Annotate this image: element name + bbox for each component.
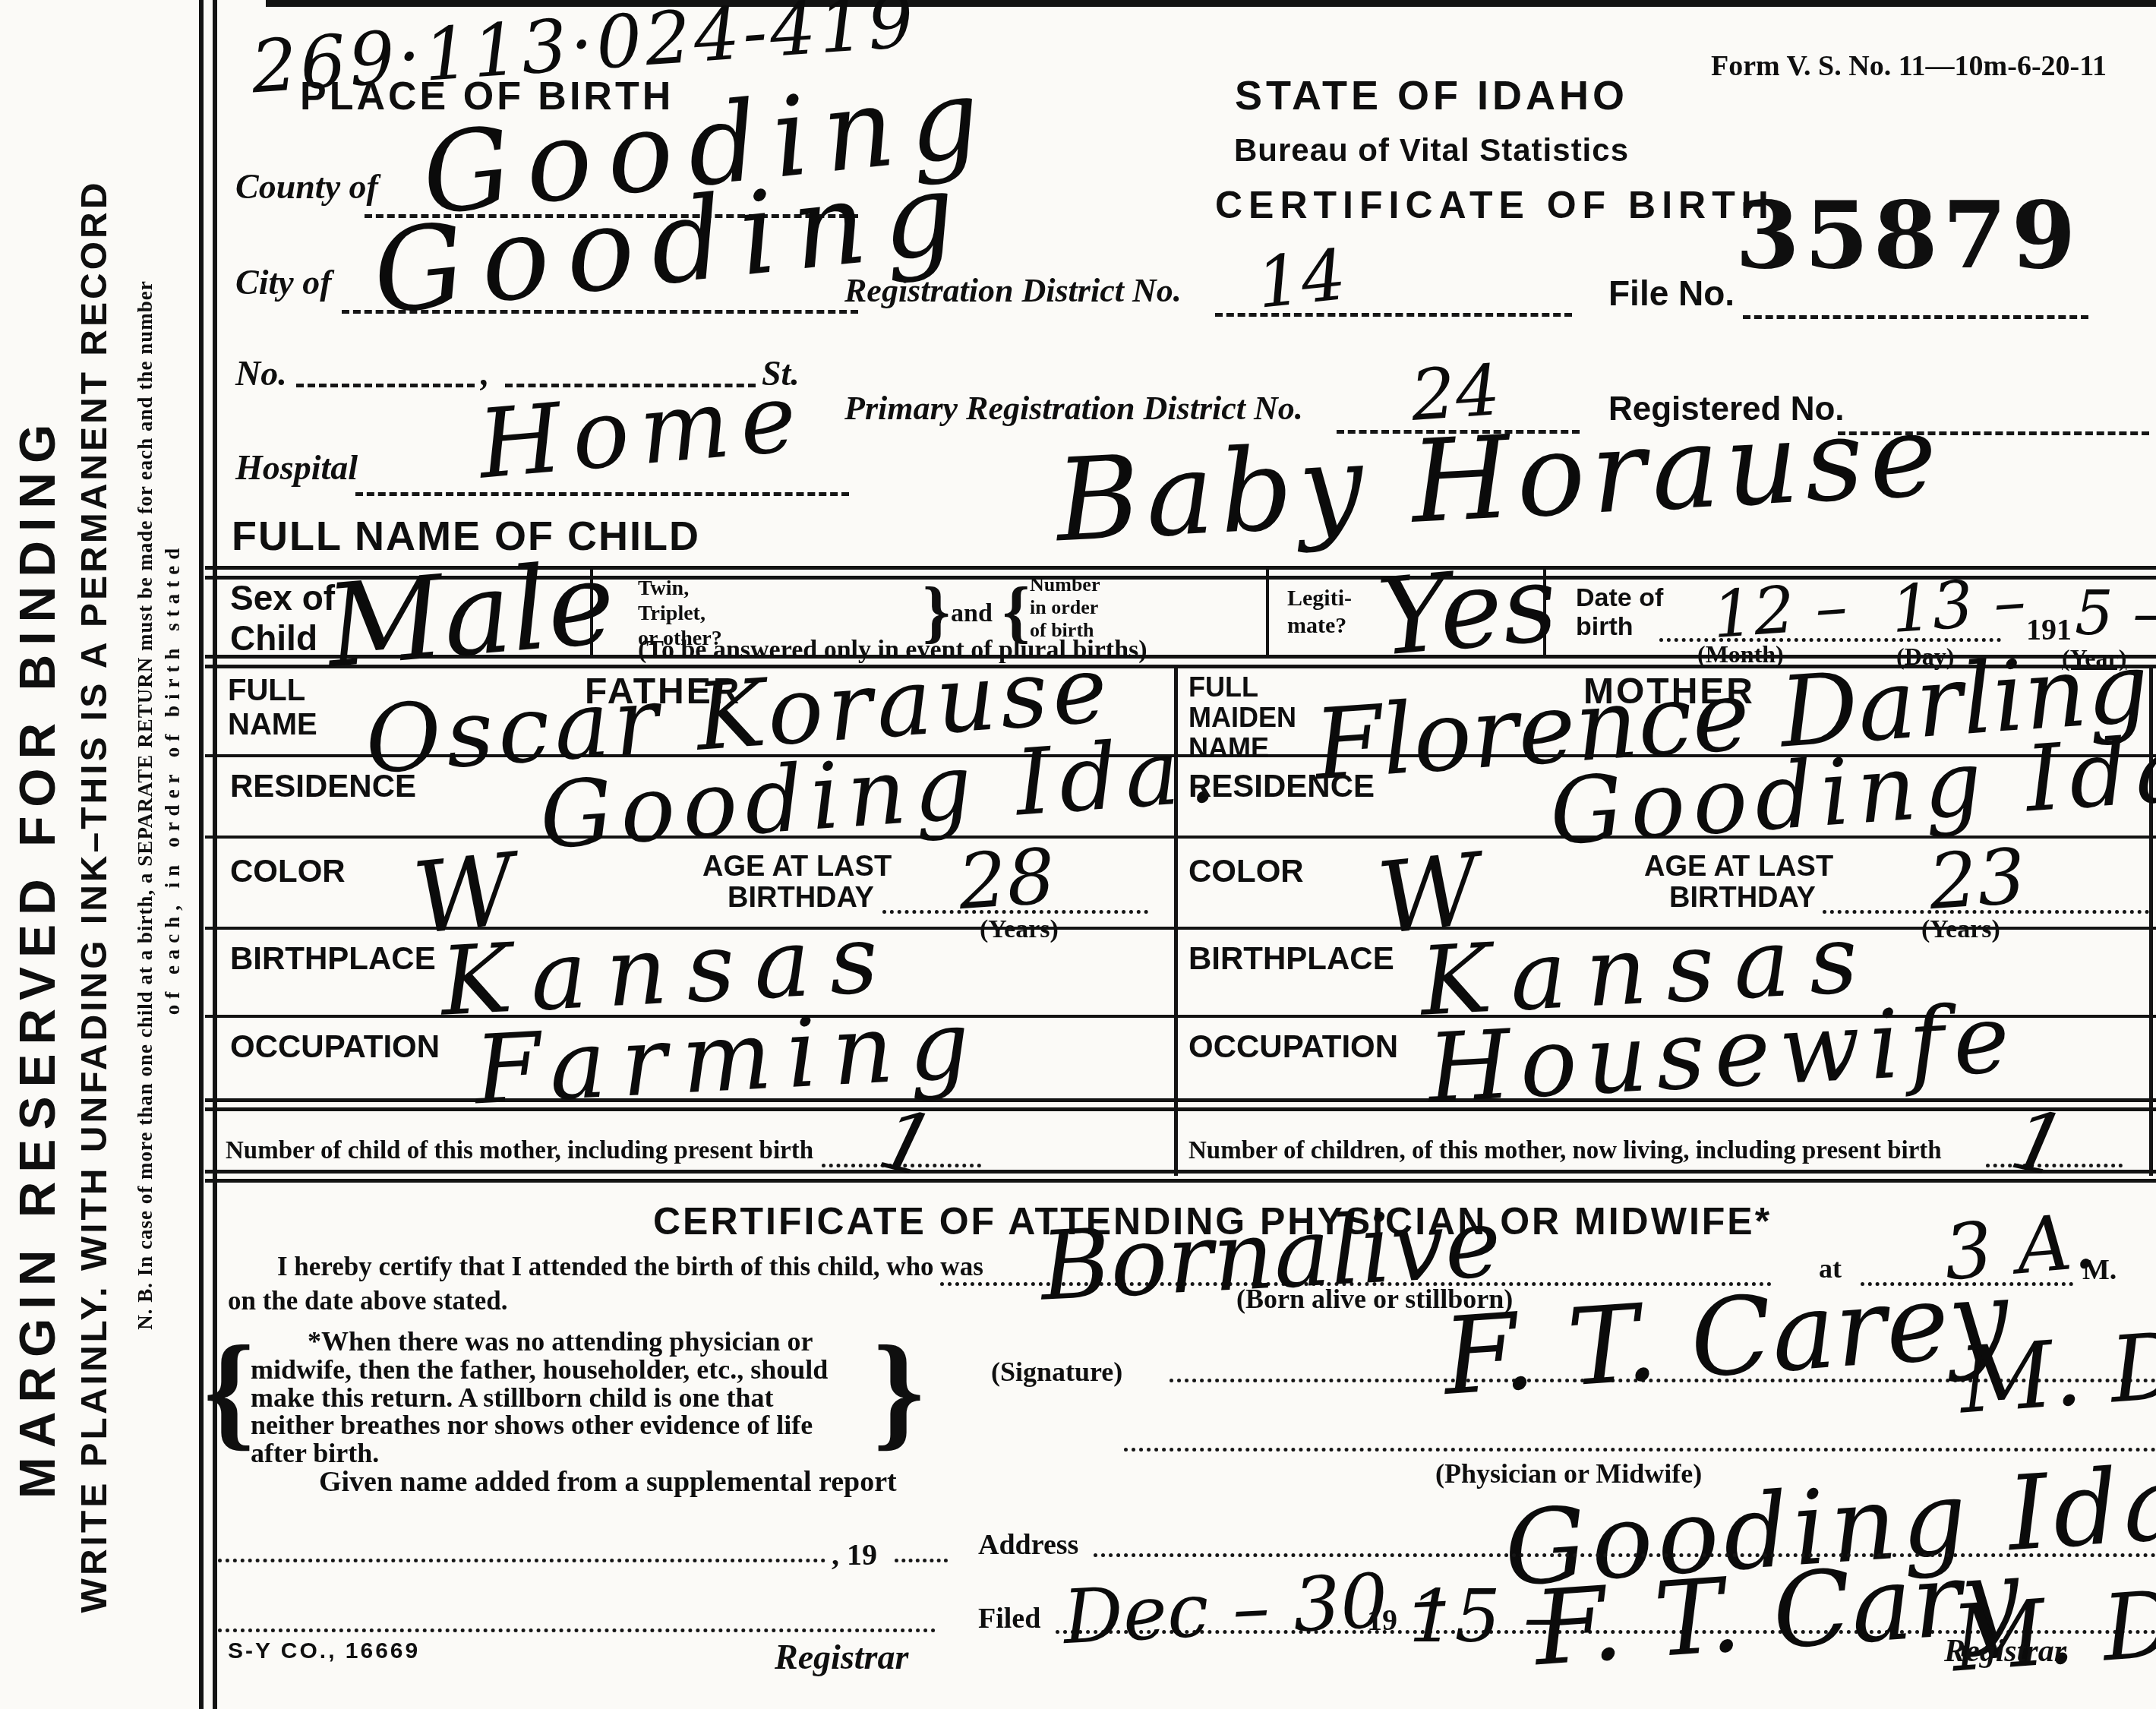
father-years-caption: (Years) (980, 916, 1059, 943)
physician-midwife-line (1124, 1448, 2156, 1452)
margin-note-binding: MARGIN RESERVED FOR BINDING (11, 235, 72, 1679)
note-brace-open: { (204, 1323, 254, 1459)
street-no-label: No. (235, 355, 287, 392)
note-line5: after birth. (251, 1439, 379, 1468)
street-comma: , (481, 355, 490, 392)
father-full-name-label-line1: FULL (228, 674, 305, 706)
note-line4: neither breathes nor shows other evidenc… (251, 1411, 813, 1440)
legitimate-label-line1: Legiti- (1287, 586, 1352, 611)
registered-no-label: Registered No. (1608, 392, 1845, 427)
mother-color-label: COLOR (1188, 854, 1304, 888)
cell-divider (1266, 568, 1269, 658)
birth-certificate-scan: MARGIN RESERVED FOR BINDING WRITE PLAINL… (0, 0, 2156, 1709)
year-blank-line (895, 1559, 948, 1562)
sex-of-child-value: Male (322, 546, 619, 685)
printer-code: S-Y CO., 16669 (228, 1639, 420, 1663)
filed-year-printed: 19 (1367, 1604, 1397, 1636)
mother-maiden-name-label-line3: NAME (1188, 734, 1269, 763)
certificate-title: CERTIFICATE OF BIRTH (1215, 185, 1648, 226)
registrar-right-label: Registrar (1944, 1635, 2066, 1668)
date-of-birth-label-line2: birth (1576, 614, 1634, 641)
file-stamp-number: 35879 (1735, 186, 2080, 283)
margin-note-permanent-record: WRITE PLAINLY. WITH UNFADING INK–THIS IS… (76, 80, 122, 1709)
registrar-signature-md: M. D. (1949, 1578, 2156, 1686)
mother-maiden-name-label-line1: FULL (1188, 673, 1258, 702)
twin-label-line1: Twin, (638, 577, 689, 599)
legitimate-value: Yes (1374, 551, 1561, 672)
signature-caption: (Signature) (991, 1358, 1122, 1387)
number-in-order-line2: in order (1030, 597, 1098, 618)
mother-years-caption: (Years) (1921, 916, 2000, 943)
father-age-value: 28 (956, 839, 1058, 921)
sex-of-child-label-line1: Sex of (230, 580, 335, 616)
date-stated-statement: on the date above stated. (228, 1287, 507, 1316)
mother-birthplace-label: BIRTHPLACE (1188, 942, 1394, 975)
state-title: STATE OF IDAHO (1215, 74, 1648, 118)
registered-no-line (1838, 431, 2149, 435)
father-residence-label: RESIDENCE (230, 769, 416, 803)
note-brace-close: } (873, 1323, 924, 1459)
number-in-order-line1: Number (1030, 574, 1100, 595)
city-label: City of (235, 264, 331, 301)
father-color-label: COLOR (230, 854, 346, 888)
registration-district-label: Registration District No. (844, 273, 1182, 308)
father-full-name-label-line2: NAME (228, 709, 317, 741)
twin-label-line2: Triplet, (638, 602, 706, 624)
supplemental-report-note: Given name added from a supplemental rep… (319, 1467, 897, 1498)
hospital-value: Home (475, 369, 810, 492)
registration-district-value: 14 (1254, 240, 1349, 319)
note-line2: midwife, then the father, householder, e… (251, 1356, 828, 1385)
mother-age-value: 23 (1927, 839, 2028, 921)
address-label: Address (978, 1531, 1078, 1561)
legitimate-label-line2: mate? (1287, 614, 1346, 638)
physician-signature-md: M. D. (1956, 1319, 2156, 1428)
hospital-line (355, 492, 849, 496)
mother-age-label-line1: AGE AT LAST (1644, 852, 1833, 883)
certify-statement: I hereby certify that I attended the bir… (277, 1253, 983, 1281)
filed-label: Filed (978, 1604, 1040, 1635)
registrar-left-line (218, 1628, 936, 1632)
mother-occupation-label: OCCUPATION (1188, 1030, 1398, 1063)
note-line1: *When there was no attending physician o… (308, 1328, 813, 1357)
margin-note-nb-line2: of each, in order of birth stated (162, 475, 192, 1082)
father-birthplace-label: BIRTHPLACE (230, 942, 436, 975)
mother-maiden-name-label-line2: MAIDEN (1188, 703, 1296, 732)
county-label: County of (235, 169, 378, 205)
birth-day-value: 13 – (1889, 569, 2028, 643)
child-number-label: Number of child of this mother, includin… (226, 1138, 813, 1164)
father-age-label-line1: AGE AT LAST (702, 852, 892, 883)
year-19-blank: , 19 (832, 1539, 877, 1571)
margin-note-nb-line1: N. B. In case of more than one child at … (134, 213, 165, 1398)
date-of-birth-label-line1: Date of (1576, 585, 1663, 612)
rule (205, 1170, 2156, 1174)
hospital-label: Hospital (235, 450, 358, 486)
birth-month-value: 12 – (1710, 574, 1849, 648)
date-blank-line (218, 1559, 825, 1562)
primary-district-label: Primary Registration District No. (844, 391, 1303, 426)
note-line3: make this return. A stillborn child is o… (251, 1384, 773, 1413)
bureau-subtitle: Bureau of Vital Statistics (1215, 134, 1648, 167)
physician-signature-value: F. T. Carey (1440, 1265, 2012, 1411)
sex-of-child-label-line2: Child (230, 620, 317, 656)
and-label: and (951, 600, 993, 627)
primary-district-value: 24 (1409, 355, 1502, 431)
street-no-line (296, 384, 475, 387)
form-number: Form V. S. No. 11—10m-6-20-11 (1711, 52, 2107, 82)
children-living-label: Number of children, of this mother, now … (1188, 1138, 1942, 1164)
registrar-left-label: Registrar (775, 1639, 908, 1676)
rule (205, 1179, 2156, 1183)
mother-occupation-value: Housewife (1425, 991, 2021, 1117)
file-no-line (1743, 315, 2088, 319)
father-occupation-label: OCCUPATION (230, 1030, 440, 1063)
file-no-label: File No. (1608, 275, 1735, 311)
mother-residence-label: RESIDENCE (1188, 769, 1375, 803)
